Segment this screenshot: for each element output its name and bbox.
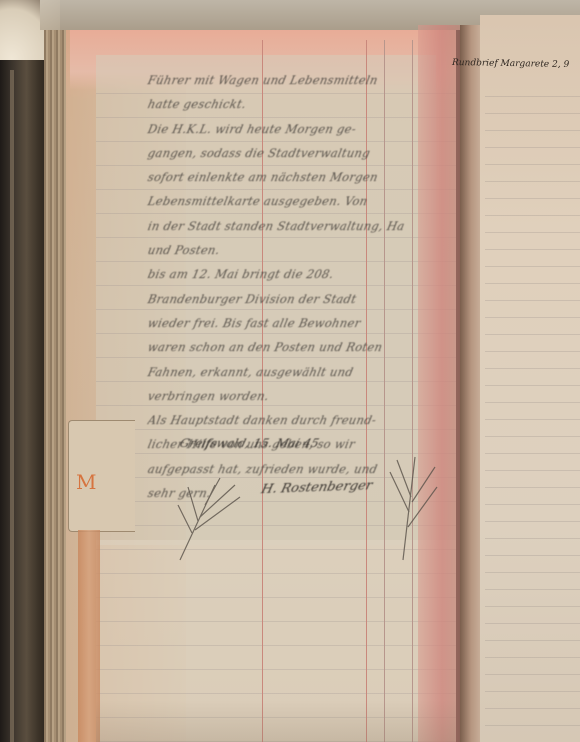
handwritten-line: Lebensmittelkarte ausgegeben. Von [145,189,440,213]
handwritten-line: hatte geschickt. [145,92,440,116]
bottom-shadow [96,700,456,742]
handwritten-line: Fahnen, erkannt, ausgewählt und [145,360,440,384]
handwritten-line: sofort einlenkte am nächsten Morgen [145,165,440,189]
closing-place-date: Greifswald, 15. Mai 45 [178,436,320,450]
handwritten-line: verbringen worden. [145,384,440,408]
handwritten-line: wieder frei. Bis fast alle Bewohner [145,311,440,335]
pencil-tree-sketch-icon [170,475,250,565]
ledger-photo: M Rundbrief Margarete 2, 9 Führer mit Wa… [0,0,580,742]
book-spine [0,60,48,742]
handwritten-line: Brandenburger Division der Stadt [145,287,440,311]
handwritten-line: und Posten. [145,238,440,262]
handwritten-line: in der Stadt standen Stadtverwaltung, Ha [145,214,440,238]
handwritten-line: Die H.K.L. wird heute Morgen ge- [145,117,440,141]
handwritten-line: bis am 12. Mai bringt die 208. [145,262,440,286]
handwritten-line: Führer mit Wagen und Lebensmitteln [145,68,440,92]
handwritten-line: waren schon an den Posten und Roten [145,335,440,359]
right-page-header-text: Rundbrief Margarete 2, 9 [452,58,569,70]
right-page-ruled-lines [485,80,580,742]
index-tab-letter: M [76,470,96,494]
handwritten-line: gangen, sodass die Stadtverwaltung [145,141,440,165]
handwritten-line: Als Hauptstadt danken durch freund- [145,408,440,432]
pencil-tree-sketch-icon [385,452,445,562]
spine-edge [10,70,14,742]
